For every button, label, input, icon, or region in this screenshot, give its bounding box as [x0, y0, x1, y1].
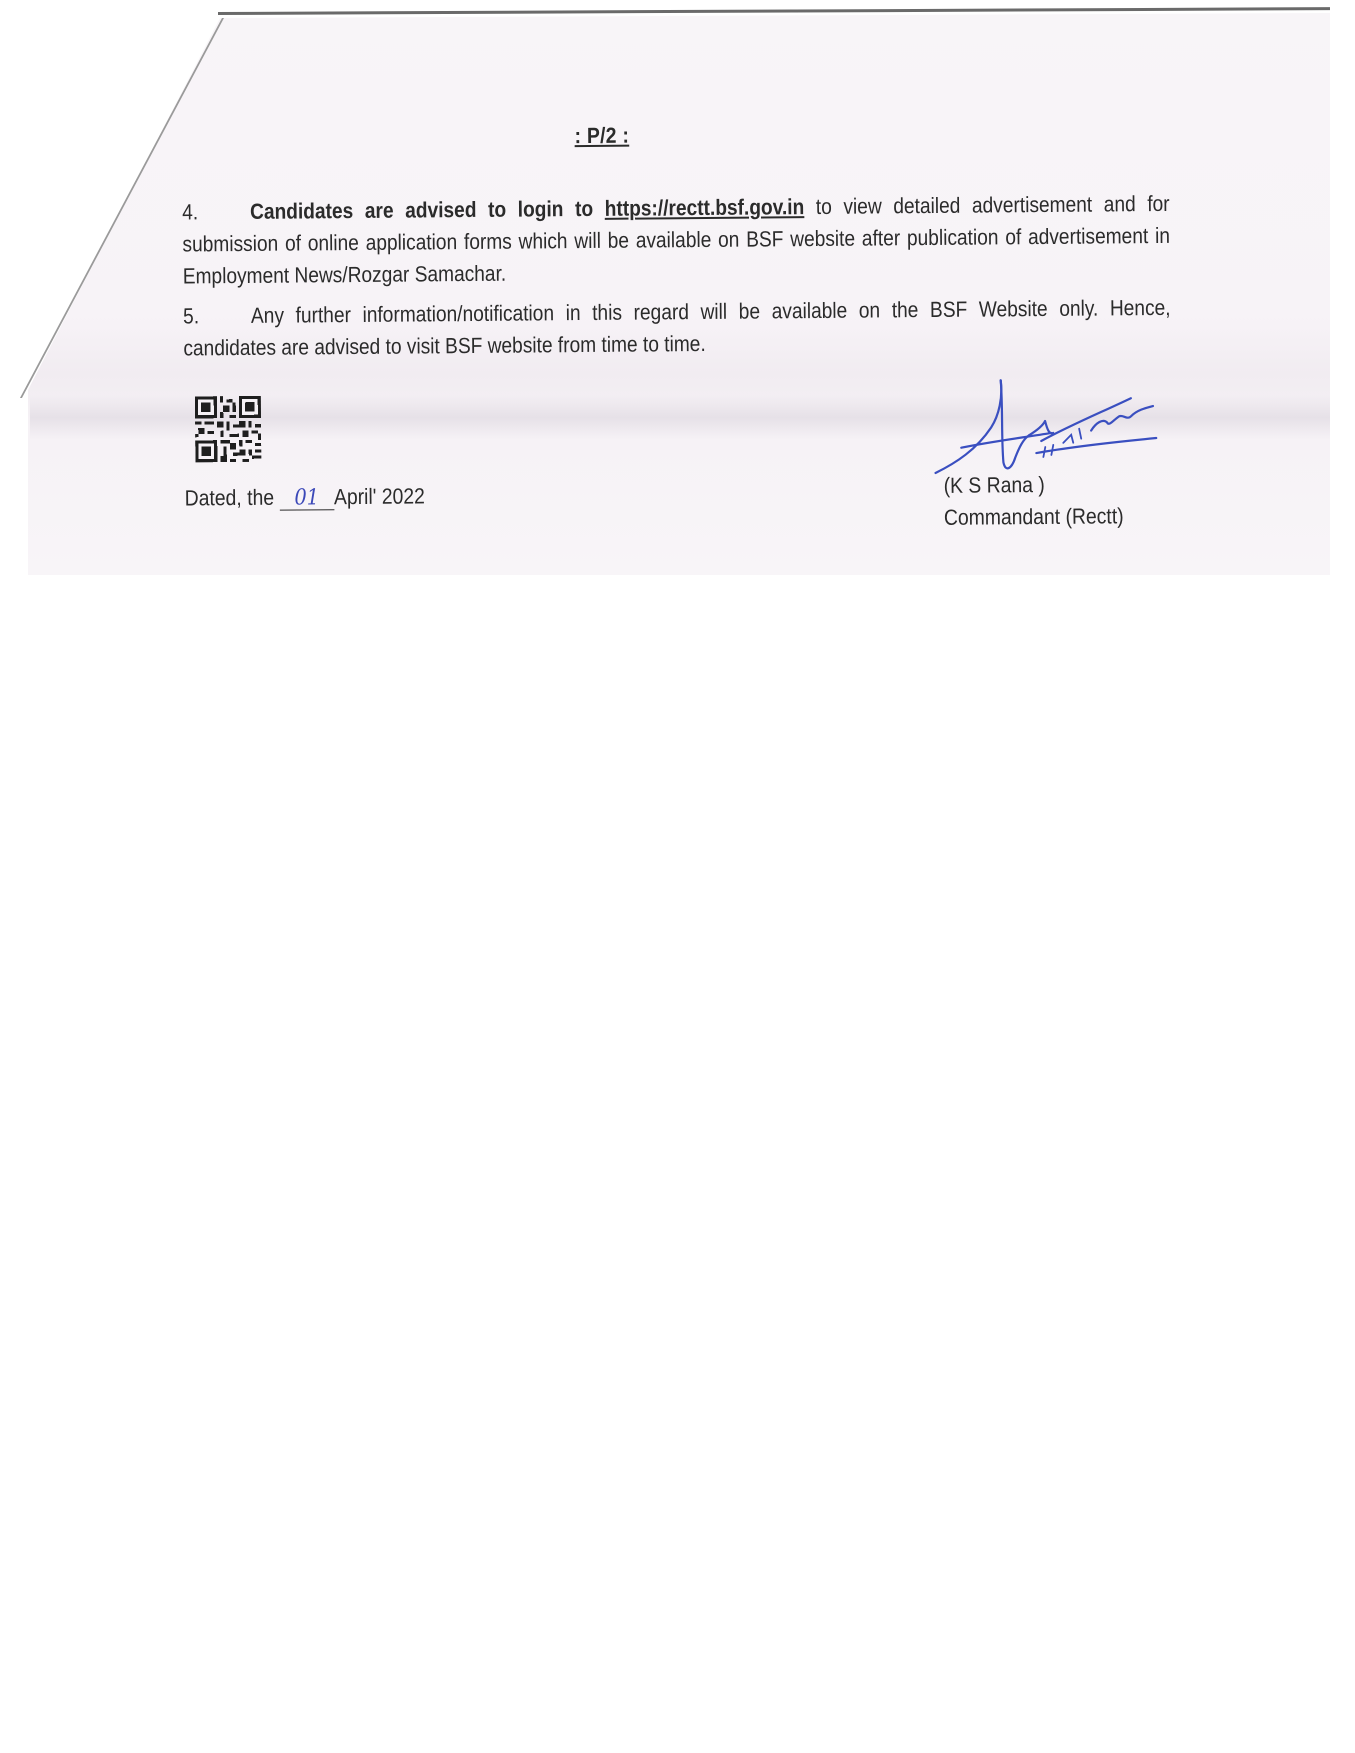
- paragraph-text: Any further information/notification in …: [183, 295, 1170, 361]
- paragraph-bold-lead: Candidates are advised to login to: [250, 196, 593, 224]
- date-suffix: April' 2022: [334, 483, 425, 509]
- paragraph-5: 5.Any further information/notification i…: [183, 292, 1171, 365]
- page-marker: : P/2 :: [574, 123, 629, 149]
- document-content: : P/2 : 4.Candidates are advised to logi…: [0, 0, 1355, 586]
- signatory-designation: Commandant (Rectt): [944, 500, 1124, 534]
- handwritten-day: 01: [279, 487, 334, 510]
- recruitment-website-link[interactable]: https://rectt.bsf.gov.in: [605, 194, 805, 221]
- signatory-name: (K S Rana ): [943, 468, 1123, 502]
- date-prefix: Dated, the: [185, 485, 275, 511]
- paragraph-number: 5.: [183, 300, 251, 333]
- paragraph-number: 4.: [182, 196, 250, 229]
- paragraph-4: 4.Candidates are advised to login to htt…: [182, 188, 1170, 293]
- date-line: Dated, the 01April' 2022: [185, 483, 425, 511]
- scanned-document: : P/2 : 4.Candidates are advised to logi…: [0, 0, 1355, 580]
- qr-code-icon: [195, 396, 262, 463]
- signatory-block: (K S Rana ) Commandant (Rectt): [943, 468, 1123, 534]
